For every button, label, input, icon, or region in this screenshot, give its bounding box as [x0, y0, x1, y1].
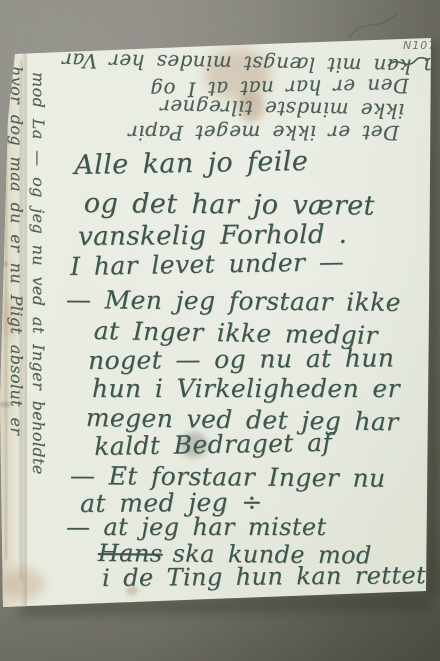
- handwritten-line: vanskelig Forhold .: [78, 222, 347, 252]
- handwritten-line: kaldt Bedraget af: [94, 430, 332, 460]
- handwritten-line: noget — og nu at hun: [88, 345, 394, 374]
- handwritten-line: I har levet under —: [70, 249, 344, 280]
- handwritten-line: og det har jo været: [84, 190, 375, 221]
- paper-stain: [2, 568, 44, 600]
- handwritten-line: i de Ting hun kan rettet: [102, 563, 426, 591]
- handwritten-line: hun i Virkeligheden er: [92, 376, 400, 402]
- handwritten-line: Alle kan jo feile: [74, 148, 308, 180]
- handwritten-line: hvor dog maa du er nu Pligt absolut er: [7, 66, 24, 536]
- handwritten-line: Det er ikke meget Papir: [128, 122, 399, 143]
- handwritten-line: mod La — og jeg nu ved at Inger beholdte: [29, 72, 46, 524]
- handwritten-line: — at jeg har mistet: [66, 515, 327, 540]
- manuscript-page: N1078 hun kan mit længst mindes her Var …: [0, 0, 440, 661]
- handwritten-line: — Men jeg forstaar ikke: [66, 287, 401, 316]
- photograph-backdrop: N1078 hun kan mit længst mindes her Var …: [0, 0, 440, 661]
- handwritten-line: ikke mindste tilregner: [160, 96, 405, 121]
